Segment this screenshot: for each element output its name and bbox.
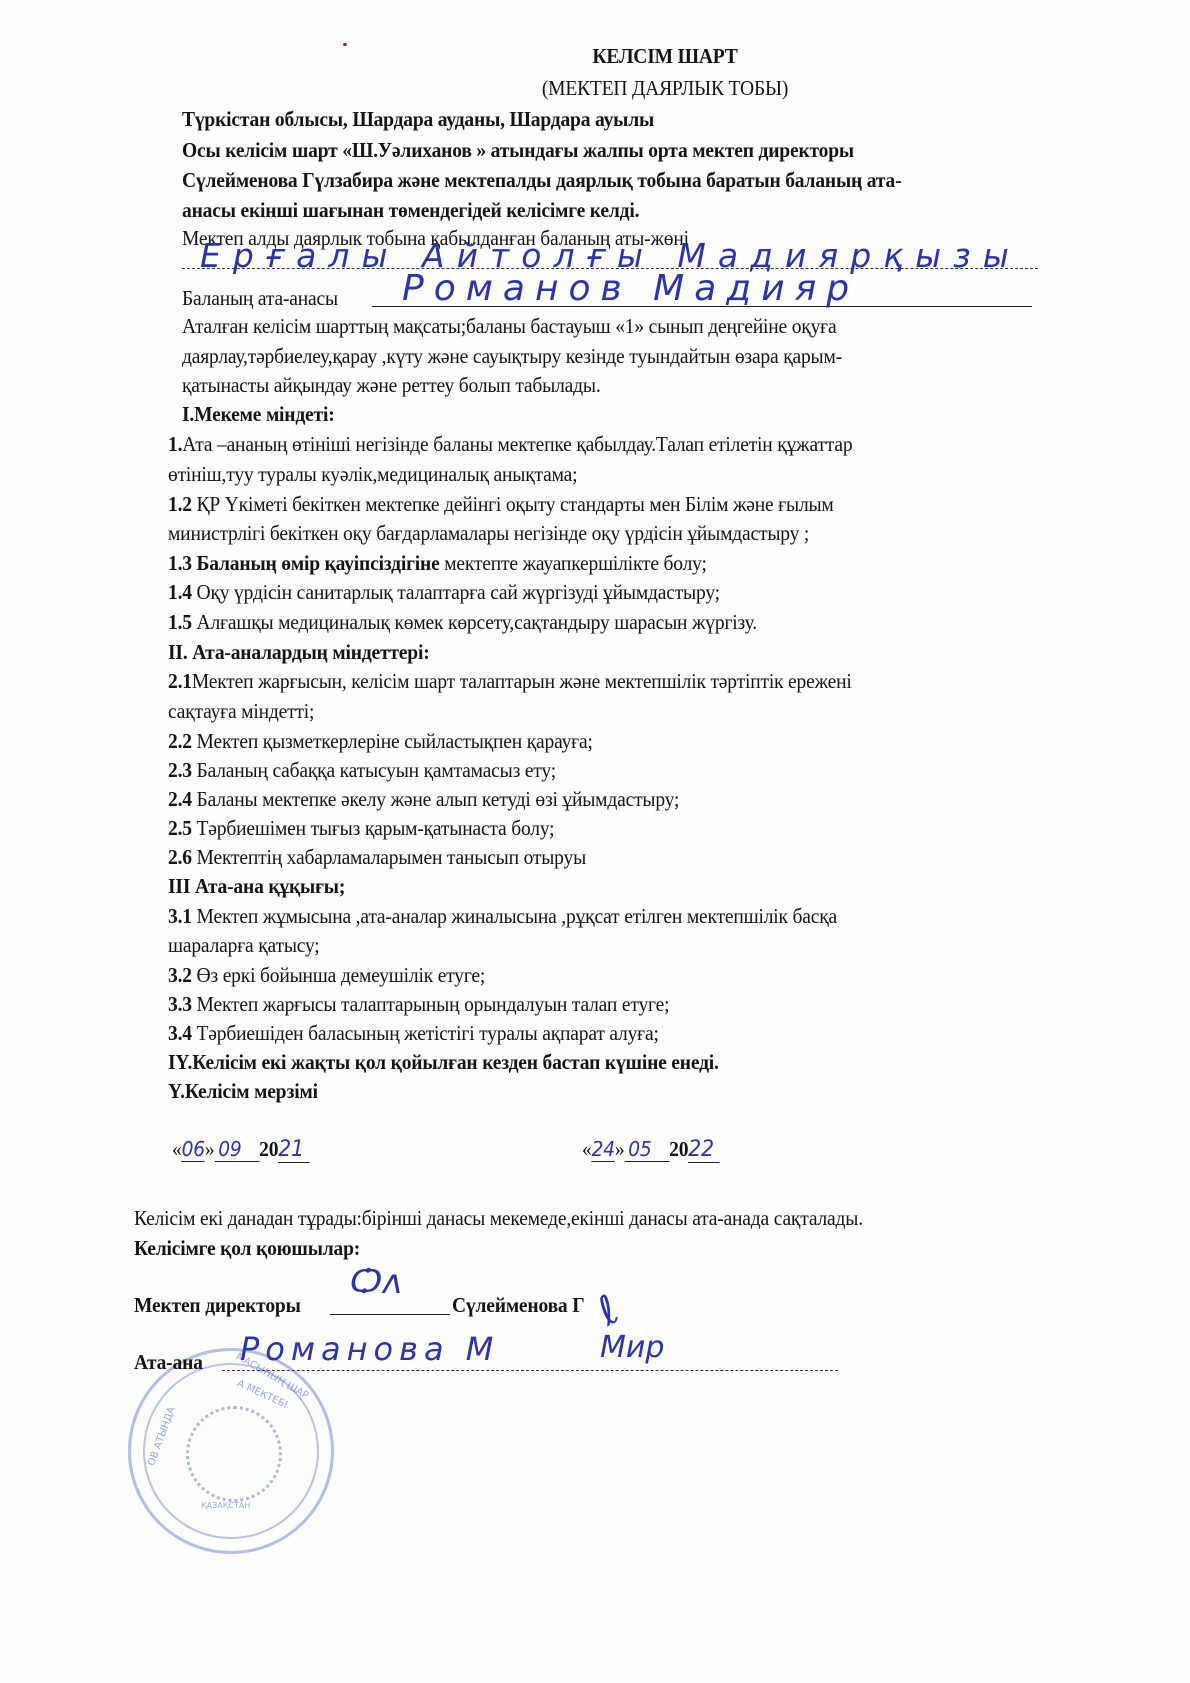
item-number: 3.2 [168,963,192,987]
intro-line-3: анасы екінші шағынан төмендегідей келісі… [182,198,639,223]
section-5-heading: Y.Келісім мерзімі [168,1079,318,1104]
item-number: 3.4 [168,1021,192,1045]
section-3-item-3: 3.3 Мектеп жарғысы талаптарының орындалу… [168,992,669,1017]
item-number: 1.4 [168,580,192,604]
item-text: Мектеп жұмысына ,ата-аналар жиналысына ,… [192,904,837,928]
document-subtitle: (МЕКТЕП ДАЯРЛЫК ТОБЫ) [112,76,1190,101]
item-text: Тәрбиешіден баласының жетістігі туралы а… [192,1021,659,1045]
item-text: мектепте жауапкершілікте болу; [440,551,707,575]
date-start-day: 06 [182,1137,205,1162]
item-number: 1. [168,432,182,456]
parent-sign-line[interactable] [222,1370,838,1371]
parent-signature: Мир [600,1330,664,1365]
item-number: 1.5 [168,610,192,634]
item-text: Ата –ананың өтініші негізінде баланы мек… [182,432,852,456]
date-end-year-suffix: 22 [688,1137,720,1163]
item-number: 2.1 [168,669,192,693]
section-1-item-2: 1.2 ҚР Үкіметі бекіткен мектепке дейінгі… [168,492,834,517]
item-number: 1.2 [168,492,192,516]
item-text: Өз еркі бойынша демеушілік етуге; [192,963,485,987]
item-number: 2.4 [168,787,192,811]
section-2-heading: II. Ата-аналардың міндеттері: [168,640,430,665]
item-text: ҚР Үкіметі бекіткен мектепке дейінгі оқы… [192,492,834,516]
quote-close: » [615,1137,625,1161]
section-3-item-2: 3.2 Өз еркі бойынша демеушілік етуге; [168,963,485,988]
quote-open: « [582,1137,592,1161]
section-2-item-1: 2.1Мектеп жарғысын, келісім шарт талапта… [168,669,852,694]
section-1-item-2-cont: министрлігі бекіткен оқу бағдарламалары … [168,521,809,546]
item-text: Баланың сабаққа катысуын қамтамасыз ету; [192,758,556,782]
director-name: Сүлейменова Г [452,1293,584,1318]
section-1-item-3: 1.3 Баланың өмір қауіпсіздігіне мектепте… [168,551,707,576]
date-start-month: 09 [214,1137,259,1162]
state-emblem-icon [186,1406,282,1502]
item-number: 2.3 [168,758,192,782]
purpose-line-2: даярлау,тәрбиелеу,қарау ,күту және сауық… [182,344,842,369]
parent-sign-handwritten: Романова М [240,1330,499,1368]
date-end[interactable]: «24»052022 [582,1137,720,1163]
location-line: Түркістан облысы, Шардара ауданы, Шардар… [182,107,654,132]
date-start-year-prefix: 20 [259,1137,278,1161]
section-2-item-5: 2.5 Тәрбиешімен тығыз қарым-қатынаста бо… [168,816,554,841]
school-seal-stamp: МАСЫНЫҢ ШАР А МЕКТЕБІ ОВ АТЫНДА ҚАЗАҚСТА… [128,1348,334,1554]
section-2-item-1-cont: сақтауға міндетті; [168,699,314,724]
section-3-item-4: 3.4 Тәрбиешіден баласының жетістігі тура… [168,1021,659,1046]
item-number: 3.3 [168,992,192,1016]
date-start-year-suffix: 21 [278,1137,310,1163]
item-text: Баланы мектепке әкелу және алып кетуді ө… [192,787,679,811]
purpose-line-3: қатынасты айқындау және реттеу болып таб… [182,373,601,398]
item-text: Мектептің хабарламаларымен танысып отыру… [192,845,586,869]
section-1-item-1: 1.Ата –ананың өтініші негізінде баланы м… [168,432,852,457]
date-end-year-prefix: 20 [669,1137,688,1161]
seal-bottom-text: ҚАЗАҚСТАН [201,1501,250,1510]
quote-close: » [205,1137,215,1161]
section-1-item-4: 1.4 Оқу үрдісін санитарлық талаптарға са… [168,580,720,605]
item-number: 3.1 [168,904,192,928]
item-number: 2.6 [168,845,192,869]
document-title: КЕЛСІМ ШАРТ [112,44,1190,69]
director-signature-line[interactable] [330,1314,450,1315]
section-3-item-1-cont: шараларға қатысу; [168,933,320,958]
item-text: Мектеп жарғысын, келісім шарт талаптарын… [192,669,852,693]
intro-line-2: Сүлейменова Гүлзабира және мектепалды да… [182,168,901,193]
signers-heading: Келісімге қол қоюшылар: [134,1236,360,1261]
section-2-item-4: 2.4 Баланы мектепке әкелу және алып кету… [168,787,679,812]
item-number: 2.5 [168,816,192,840]
purpose-line-1: Аталған келісім шарттың мақсаты;баланы б… [182,314,836,339]
quote-open: « [172,1137,182,1161]
parent-signature-scribble: ℓ [590,1287,627,1335]
item-text: Алғашқы медициналық көмек көрсету,сақтан… [192,610,757,634]
section-2-item-6: 2.6 Мектептің хабарламаларымен танысып о… [168,845,586,870]
director-signature: Ѻᴧ [350,1262,403,1302]
section-3-heading: III Ата-ана құқығы; [168,874,345,899]
section-2-item-2: 2.2 Мектеп қызметкерлеріне сыйластықпен … [168,729,593,754]
parent-label: Баланың ата-анасы [182,286,338,311]
date-start[interactable]: «06»092021 [172,1137,310,1163]
date-end-day: 24 [592,1137,615,1162]
item-text: Тәрбиешімен тығыз қарым-қатынаста болу; [192,816,555,840]
date-end-month: 05 [624,1137,669,1162]
item-text: Мектеп жарғысы талаптарының орындалуын т… [192,992,669,1016]
item-text: Оқу үрдісін санитарлық талаптарға сай жү… [192,580,720,604]
item-number: 2.2 [168,729,192,753]
seal-side-text: ОВ АТЫНДА [146,1406,177,1468]
item-text: Мектеп қызметкерлеріне сыйластықпен қара… [192,729,593,753]
section-4-statement: IY.Келісім екі жақты қол қойылған кезден… [168,1050,719,1075]
section-1-heading: I.Мекеме міндеті: [182,402,335,427]
section-1-item-1-cont: өтініш,туу туралы куәлік,медициналық аны… [168,462,577,487]
section-1-item-5: 1.5 Алғашқы медициналық көмек көрсету,са… [168,610,757,635]
section-2-item-3: 2.3 Баланың сабаққа катысуын қамтамасыз … [168,758,556,783]
section-3-item-1: 3.1 Мектеп жұмысына ,ата-аналар жиналысы… [168,904,837,929]
intro-line-1: Осы келісім шарт «Ш.Уәлиханов » атындағы… [182,138,854,163]
item-number: 1.3 Баланың өмір қауіпсіздігіне [168,551,440,575]
copies-note: Келісім екі данадан тұрады:бірінші данас… [134,1206,863,1231]
parent-sign-label: Ата-ана [134,1350,203,1375]
parent-name-handwritten: Романов Мадияр [402,268,859,309]
director-label: Мектеп директоры [134,1293,301,1318]
